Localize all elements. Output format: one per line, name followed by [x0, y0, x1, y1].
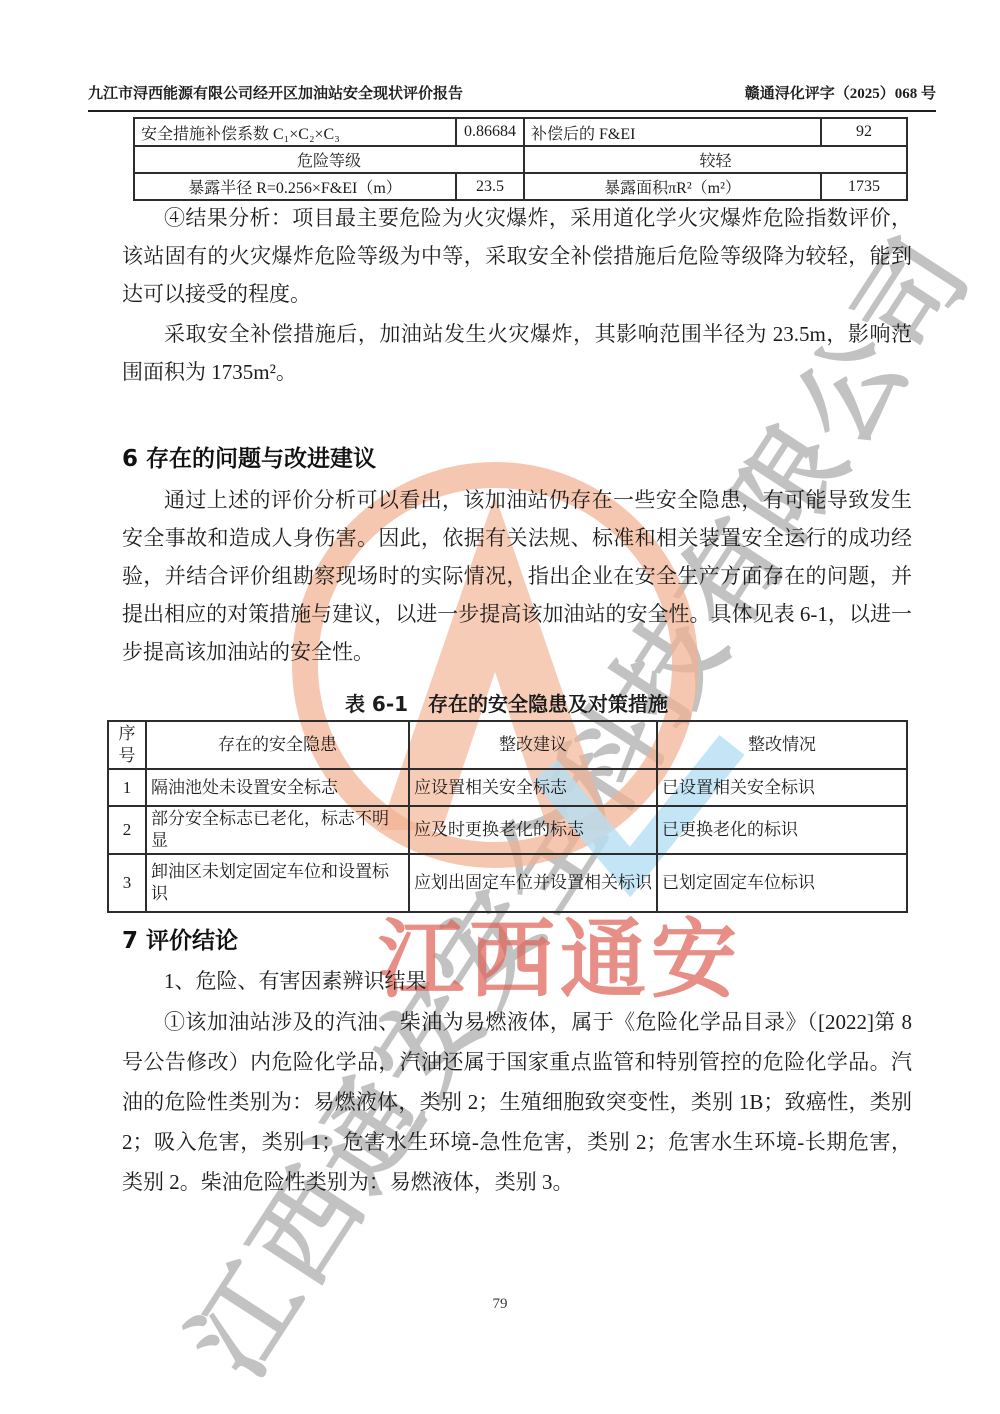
exposure-radius-label: 暴露半径 R=0.256×F&EI（m） [134, 173, 456, 200]
document-page: 江西通安安全科技有限公司 江西通安 九江市浔西能源有限公司经开区加油站安全现状评… [0, 0, 1000, 1414]
section-6-paragraph: 通过上述的评价分析可以看出，该加油站仍存在一些安全隐患，有可能导致发生安全事故和… [122, 481, 912, 671]
table-row: 2 部分安全标志已老化，标志不明显 应及时更换老化的标志 已更换老化的标识 [108, 806, 907, 854]
col-header-hazard: 存在的安全隐患 [146, 721, 409, 769]
suggestion-cell: 应设置相关安全标志 [409, 769, 657, 806]
section-6-heading: 6 存在的问题与改进建议 [122, 440, 376, 473]
suggestion-cell: 应及时更换老化的标志 [409, 806, 657, 854]
hazard-cell: 隔油池处未设置安全标志 [146, 769, 409, 806]
section-7-heading: 7 评价结论 [122, 922, 238, 955]
suggestion-cell: 应划出固定车位并设置相关标识 [409, 854, 657, 912]
fei-row-1: 安全措施补偿系数 C₁×C₂×C₃ 0.86684 补偿后的 F&EI 92 [134, 118, 907, 146]
section-7-paragraph: ①该加油站涉及的汽油、柴油为易燃液体，属于《危险化学品目录》（[2022]第 8… [122, 1002, 912, 1202]
col-header-status: 整改情况 [657, 721, 907, 769]
page-header: 九江市浔西能源有限公司经开区加油站安全现状评价报告 赣通浔化评字（2025）06… [88, 82, 936, 112]
page-number: 79 [0, 1296, 1000, 1313]
fei-row-3: 暴露半径 R=0.256×F&EI（m） 23.5 暴露面积πR²（m²） 17… [134, 173, 907, 200]
hazards-countermeasures-table: 序号 存在的安全隐患 整改建议 整改情况 1 隔油池处未设置安全标志 应设置相关… [107, 720, 908, 913]
section-7-item-1: 1、危险、有害因素辨识结果 [122, 962, 912, 1000]
fei-compensation-table: 安全措施补偿系数 C₁×C₂×C₃ 0.86684 补偿后的 F&EI 92 危… [133, 117, 908, 201]
hazard-cell: 卸油区未划定固定车位和设置标识 [146, 854, 409, 912]
table-6-1-header-row: 序号 存在的安全隐患 整改建议 整改情况 [108, 721, 907, 769]
fei-compensation-factor-label: 安全措施补偿系数 C₁×C₂×C₃ [134, 118, 456, 146]
table-6-1-caption: 表 6-1 存在的安全隐患及对策措施 [107, 688, 906, 717]
paragraph-compensation-effect: 采取安全补偿措施后，加油站发生火灾爆炸，其影响范围半径为 23.5m，影响范围面… [122, 315, 912, 391]
status-cell: 已更换老化的标识 [657, 806, 907, 854]
table-row: 1 隔油池处未设置安全标志 应设置相关安全标志 已设置相关安全标识 [108, 769, 907, 806]
risk-grade-label: 危险等级 [134, 146, 524, 173]
col-header-suggestion: 整改建议 [409, 721, 657, 769]
header-report-title: 九江市浔西能源有限公司经开区加油站安全现状评价报告 [88, 82, 463, 103]
paragraph-result-analysis: ④结果分析：项目最主要危险为火灾爆炸，采用道化学火灾爆炸危险指数评价，该站固有的… [122, 199, 912, 313]
status-cell: 已划定固定车位标识 [657, 854, 907, 912]
table-row: 3 卸油区未划定固定车位和设置标识 应划出固定车位并设置相关标识 已划定固定车位… [108, 854, 907, 912]
risk-grade-value: 较轻 [524, 146, 907, 173]
fei-compensation-factor-value: 0.86684 [456, 118, 524, 146]
status-cell: 已设置相关安全标识 [657, 769, 907, 806]
fei-compensated-value: 92 [821, 118, 907, 146]
exposure-radius-value: 23.5 [456, 173, 524, 200]
hazard-cell: 部分安全标志已老化，标志不明显 [146, 806, 409, 854]
exposure-area-label: 暴露面积πR²（m²） [524, 173, 821, 200]
fei-compensated-label: 补偿后的 F&EI [524, 118, 821, 146]
row-index: 2 [108, 806, 146, 854]
header-doc-number: 赣通浔化评字（2025）068 号 [745, 82, 936, 103]
exposure-area-value: 1735 [821, 173, 907, 200]
col-header-index: 序号 [108, 721, 146, 769]
page-content: 九江市浔西能源有限公司经开区加油站安全现状评价报告 赣通浔化评字（2025）06… [0, 0, 1000, 1414]
row-index: 1 [108, 769, 146, 806]
row-index: 3 [108, 854, 146, 912]
fei-row-2: 危险等级 较轻 [134, 146, 907, 173]
